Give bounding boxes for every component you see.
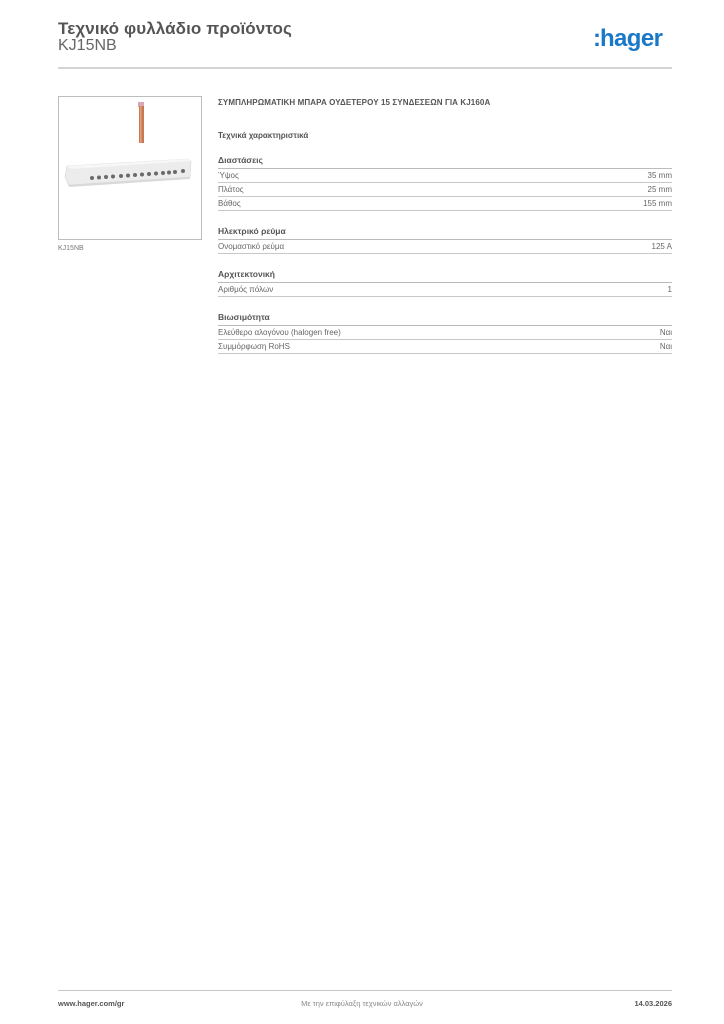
spec-value: Ναι bbox=[660, 326, 672, 339]
spec-value: 155 mm bbox=[643, 197, 672, 210]
product-description: ΣΥΜΠΛΗΡΩΜΑΤΙΚΗ ΜΠΑΡΑ ΟΥΔΕΤΕΡΟΥ 15 ΣΥΝΔΕΣ… bbox=[218, 98, 672, 107]
spec-row: Ύψος35 mm bbox=[218, 169, 672, 183]
footer-disclaimer: Με την επιφύλαξη τεχνικών αλλαγών bbox=[0, 999, 724, 1008]
spec-value: 35 mm bbox=[648, 169, 672, 182]
section-title: Βιωσιμότητα bbox=[218, 312, 672, 326]
logo-colon: : bbox=[593, 25, 600, 52]
spec-section: ΔιαστάσειςΎψος35 mmΠλάτος25 mmΒάθος155 m… bbox=[218, 155, 672, 211]
spec-row: Ελεύθερο αλογόνου (halogen free)Ναι bbox=[218, 326, 672, 340]
spec-section: Ηλεκτρικό ρεύμαΟνομαστικό ρεύμα125 A bbox=[218, 226, 672, 254]
header-divider bbox=[58, 67, 672, 69]
spec-row: Συμμόρφωση RoHSΝαι bbox=[218, 340, 672, 354]
product-code: KJ15NB bbox=[58, 37, 117, 55]
spec-label: Αριθμός πόλων bbox=[218, 283, 273, 296]
spec-label: Πλάτος bbox=[218, 183, 244, 196]
spec-row: Βάθος155 mm bbox=[218, 197, 672, 211]
spec-label: Ονομαστικό ρεύμα bbox=[218, 240, 284, 253]
image-caption: KJ15NB bbox=[58, 245, 84, 252]
section-title: Διαστάσεις bbox=[218, 155, 672, 169]
spec-label: Ελεύθερο αλογόνου (halogen free) bbox=[218, 326, 341, 339]
product-image bbox=[58, 96, 202, 240]
spec-label: Βάθος bbox=[218, 197, 241, 210]
product-details: ΣΥΜΠΛΗΡΩΜΑΤΙΚΗ ΜΠΑΡΑ ΟΥΔΕΤΕΡΟΥ 15 ΣΥΝΔΕΣ… bbox=[218, 96, 672, 354]
spec-value: 25 mm bbox=[648, 183, 672, 196]
neutral-busbar-illustration bbox=[59, 97, 201, 239]
section-title: Αρχιτεκτονική bbox=[218, 269, 672, 283]
spec-sections: ΔιαστάσειςΎψος35 mmΠλάτος25 mmΒάθος155 m… bbox=[218, 155, 672, 354]
spec-value: Ναι bbox=[660, 340, 672, 353]
document-title: Τεχνικό φυλλάδιο προϊόντος bbox=[58, 19, 292, 39]
spec-section: ΒιωσιμότηταΕλεύθερο αλογόνου (halogen fr… bbox=[218, 312, 672, 354]
spec-row: Ονομαστικό ρεύμα125 A bbox=[218, 240, 672, 254]
spec-label: Συμμόρφωση RoHS bbox=[218, 340, 290, 353]
section-title: Ηλεκτρικό ρεύμα bbox=[218, 226, 672, 240]
spec-row: Αριθμός πόλων1 bbox=[218, 283, 672, 297]
spec-label: Ύψος bbox=[218, 169, 239, 182]
logo-text: hager bbox=[600, 25, 662, 52]
spec-section: ΑρχιτεκτονικήΑριθμός πόλων1 bbox=[218, 269, 672, 297]
tech-specs-heading: Τεχνικά χαρακτηριστικά bbox=[218, 131, 672, 140]
hager-logo: :hager bbox=[593, 27, 662, 51]
spec-value: 125 A bbox=[652, 240, 672, 253]
footer-divider bbox=[58, 990, 672, 991]
spec-value: 1 bbox=[668, 283, 672, 296]
footer-date: 14.03.2026 bbox=[634, 999, 672, 1008]
spec-row: Πλάτος25 mm bbox=[218, 183, 672, 197]
